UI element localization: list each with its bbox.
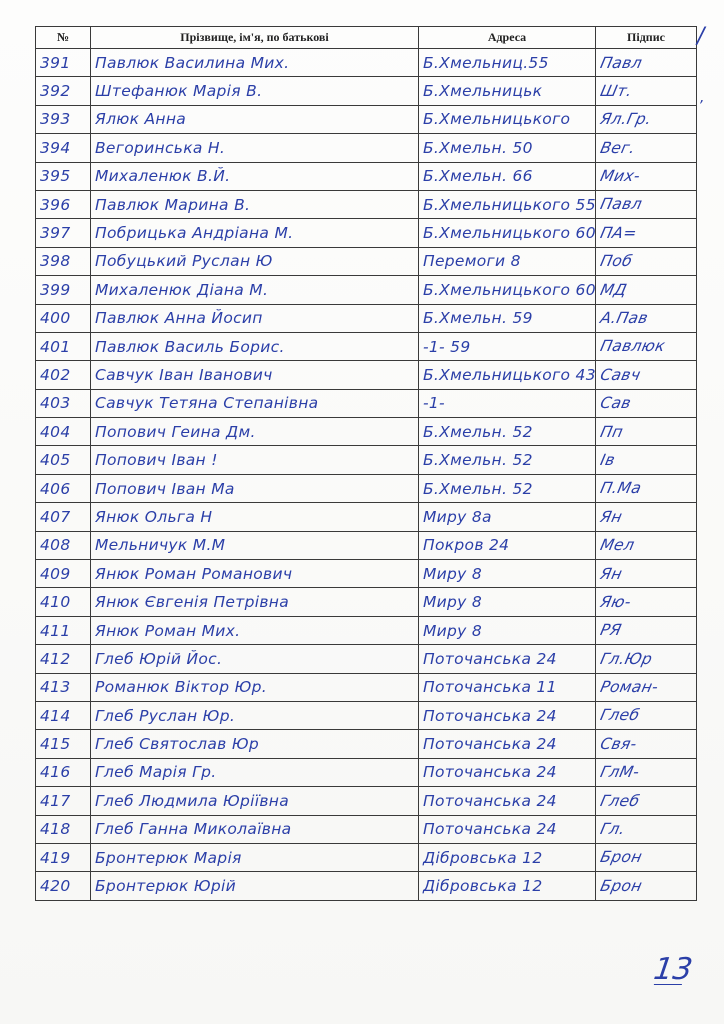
table-row: 409Янюк Роман РомановичМиру 8Ян — [36, 560, 697, 588]
row-number: 405 — [36, 446, 91, 474]
row-full-name: Попович Іван Ма — [91, 474, 419, 502]
row-address: Б.Хмельн. 59 — [419, 304, 596, 332]
row-number: 418 — [36, 815, 91, 843]
table-row: 393Ялюк АннаБ.ХмельницькогоЯл.Гр. — [36, 105, 697, 133]
row-full-name: Ялюк Анна — [91, 105, 419, 133]
row-signature: Вег. — [592, 134, 699, 162]
table-row: 410Янюк Євгенія ПетрівнаМиру 8Яю- — [36, 588, 697, 616]
row-address: Поточанська 24 — [419, 645, 596, 673]
table-row: 391Павлюк Василина Мих.Б.Хмельниц.55Павл — [36, 49, 697, 77]
row-address: Б.Хмельн. 52 — [419, 474, 596, 502]
row-address: Покров 24 — [419, 531, 596, 559]
table-row: 414Глеб Руслан Юр.Поточанська 24Глеб — [36, 701, 697, 729]
row-number: 409 — [36, 560, 91, 588]
row-address: Б.Хмельн. 66 — [419, 162, 596, 190]
row-signature: Мих- — [592, 162, 699, 190]
row-address: Б.Хмельн. 52 — [419, 418, 596, 446]
row-number: 410 — [36, 588, 91, 616]
row-signature: Брон — [592, 872, 699, 900]
row-signature: Пп — [592, 418, 699, 446]
row-signature: РЯ — [592, 616, 699, 644]
row-address: Дібровська 12 — [419, 872, 596, 900]
row-number: 398 — [36, 247, 91, 275]
row-address: Поточанська 24 — [419, 730, 596, 758]
table-row: 416Глеб Марія Гр.Поточанська 24ГлМ- — [36, 758, 697, 786]
row-address: Поточанська 24 — [419, 758, 596, 786]
row-signature: Павл — [592, 49, 699, 77]
row-signature: Ів — [592, 446, 699, 474]
row-number: 396 — [36, 190, 91, 218]
row-full-name: Янюк Євгенія Петрівна — [91, 588, 419, 616]
row-signature: Роман- — [592, 673, 699, 701]
row-signature: Глеб — [592, 701, 699, 729]
page-number: 13 — [651, 952, 694, 987]
row-signature: Гл. — [592, 815, 699, 843]
row-signature: Савч — [592, 361, 699, 389]
row-full-name: Штефанюк Марія В. — [91, 77, 419, 105]
row-signature: Шт. — [592, 77, 699, 105]
table-row: 394Вегоринська Н.Б.Хмельн. 50Вег. — [36, 134, 697, 162]
row-address: Поточанська 24 — [419, 701, 596, 729]
row-number: 391 — [36, 49, 91, 77]
row-address: Дібровська 12 — [419, 843, 596, 871]
row-signature: Поб — [592, 247, 699, 275]
row-number: 415 — [36, 730, 91, 758]
row-address: Б.Хмельн. 50 — [419, 134, 596, 162]
row-address: Б.Хмельницького 60 — [419, 276, 596, 304]
row-full-name: Савчук Тетяна Степанівна — [91, 389, 419, 417]
row-full-name: Янюк Роман Мих. — [91, 616, 419, 644]
table-row: 405Попович Іван !Б.Хмельн. 52Ів — [36, 446, 697, 474]
row-number: 412 — [36, 645, 91, 673]
row-signature: Глеб — [592, 787, 699, 815]
row-signature: ПА= — [592, 219, 699, 247]
row-signature: Брон — [592, 843, 699, 871]
row-number: 420 — [36, 872, 91, 900]
table-row: 404Попович Геина Дм.Б.Хмельн. 52Пп — [36, 418, 697, 446]
row-full-name: Попович Іван ! — [91, 446, 419, 474]
row-full-name: Савчук Іван Іванович — [91, 361, 419, 389]
table-row: 401Павлюк Василь Борис.-1- 59Павлюк — [36, 332, 697, 360]
row-number: 404 — [36, 418, 91, 446]
row-address: Б.Хмельниц.55 — [419, 49, 596, 77]
table-row: 402Савчук Іван ІвановичБ.Хмельницького 4… — [36, 361, 697, 389]
row-number: 392 — [36, 77, 91, 105]
row-address: Миру 8а — [419, 503, 596, 531]
row-number: 401 — [36, 332, 91, 360]
table-row: 415Глеб Святослав ЮрПоточанська 24Свя- — [36, 730, 697, 758]
row-number: 403 — [36, 389, 91, 417]
table-row: 407Янюк Ольга НМиру 8аЯн — [36, 503, 697, 531]
row-signature: Ял.Гр. — [592, 105, 699, 133]
table-row: 400Павлюк Анна ЙосипБ.Хмельн. 59А.Пав — [36, 304, 697, 332]
table-row: 419Бронтерюк МаріяДібровська 12Брон — [36, 843, 697, 871]
row-full-name: Глеб Марія Гр. — [91, 758, 419, 786]
table-row: 395Михаленюк В.Й.Б.Хмельн. 66Мих- — [36, 162, 697, 190]
table-row: 397Побрицька Андріана М.Б.Хмельницького … — [36, 219, 697, 247]
row-signature: Сав — [592, 389, 699, 417]
row-address: Б.Хмельницького 55 — [419, 190, 596, 218]
row-number: 402 — [36, 361, 91, 389]
row-full-name: Янюк Роман Романович — [91, 560, 419, 588]
row-number: 395 — [36, 162, 91, 190]
row-full-name: Глеб Руслан Юр. — [91, 701, 419, 729]
row-signature: ГлМ- — [592, 758, 699, 786]
table-row: 398Побуцький Руслан ЮПеремоги 8Поб — [36, 247, 697, 275]
row-address: Миру 8 — [419, 560, 596, 588]
row-full-name: Глеб Юрій Йос. — [91, 645, 419, 673]
row-address: Б.Хмельницьк — [419, 77, 596, 105]
row-signature: Павл — [592, 190, 699, 218]
row-number: 408 — [36, 531, 91, 559]
row-signature: П.Ма — [592, 474, 699, 502]
row-signature: Павлюк — [592, 332, 699, 360]
row-full-name: Бронтерюк Юрій — [91, 872, 419, 900]
row-signature: Гл.Юр — [592, 645, 699, 673]
row-address: Б.Хмельн. 52 — [419, 446, 596, 474]
row-full-name: Мельничук М.М — [91, 531, 419, 559]
row-number: 419 — [36, 843, 91, 871]
row-address: Миру 8 — [419, 616, 596, 644]
row-number: 394 — [36, 134, 91, 162]
row-signature: Ян — [592, 503, 699, 531]
row-number: 417 — [36, 787, 91, 815]
row-number: 406 — [36, 474, 91, 502]
signature-register-table: № Прізвище, ім'я, по батькові Адреса Під… — [35, 26, 697, 901]
row-address: -1- — [419, 389, 596, 417]
table-row: 408Мельничук М.МПокров 24Мел — [36, 531, 697, 559]
row-signature: Свя- — [592, 730, 699, 758]
row-full-name: Побуцький Руслан Ю — [91, 247, 419, 275]
row-address: Миру 8 — [419, 588, 596, 616]
table-row: 403Савчук Тетяна Степанівна-1-Сав — [36, 389, 697, 417]
table-header-row: № Прізвище, ім'я, по батькові Адреса Під… — [36, 27, 697, 49]
table-row: 411Янюк Роман Мих.Миру 8РЯ — [36, 616, 697, 644]
row-signature: А.Пав — [592, 304, 699, 332]
row-address: Б.Хмельницького 43 — [419, 361, 596, 389]
row-address: -1- 59 — [419, 332, 596, 360]
row-full-name: Михаленюк В.Й. — [91, 162, 419, 190]
table-row: 420Бронтерюк ЮрійДібровська 12Брон — [36, 872, 697, 900]
table-row: 399Михаленюк Діана М.Б.Хмельницького 60М… — [36, 276, 697, 304]
header-address: Адреса — [419, 27, 596, 49]
row-full-name: Попович Геина Дм. — [91, 418, 419, 446]
row-full-name: Глеб Людмила Юріївна — [91, 787, 419, 815]
row-full-name: Павлюк Анна Йосип — [91, 304, 419, 332]
document-page: № Прізвище, ім'я, по батькові Адреса Під… — [0, 0, 724, 1024]
row-number: 416 — [36, 758, 91, 786]
row-address: Поточанська 24 — [419, 787, 596, 815]
row-signature: Яю- — [592, 588, 699, 616]
table-row: 418Глеб Ганна МиколаївнаПоточанська 24Гл… — [36, 815, 697, 843]
row-signature: Ян — [592, 560, 699, 588]
row-number: 393 — [36, 105, 91, 133]
row-address: Б.Хмельницького 60 — [419, 219, 596, 247]
row-full-name: Павлюк Василь Борис. — [91, 332, 419, 360]
row-number: 397 — [36, 219, 91, 247]
row-full-name: Глеб Ганна Миколаївна — [91, 815, 419, 843]
table-row: 417Глеб Людмила ЮріївнаПоточанська 24Гле… — [36, 787, 697, 815]
row-signature: МД — [592, 276, 699, 304]
row-full-name: Павлюк Марина В. — [91, 190, 419, 218]
row-address: Поточанська 24 — [419, 815, 596, 843]
signature-overflow-stroke: , — [700, 90, 704, 106]
table-row: 406Попович Іван МаБ.Хмельн. 52П.Ма — [36, 474, 697, 502]
header-signature: Підпис — [596, 27, 697, 49]
table-row: 392Штефанюк Марія В.Б.ХмельницькШт. — [36, 77, 697, 105]
row-signature: Мел — [592, 531, 699, 559]
row-address: Поточанська 11 — [419, 673, 596, 701]
row-number: 407 — [36, 503, 91, 531]
row-full-name: Побрицька Андріана М. — [91, 219, 419, 247]
table-row: 396Павлюк Марина В.Б.Хмельницького 55Пав… — [36, 190, 697, 218]
header-full-name: Прізвище, ім'я, по батькові — [91, 27, 419, 49]
signature-overflow-stroke: / — [697, 24, 704, 49]
row-number: 411 — [36, 616, 91, 644]
row-address: Б.Хмельницького — [419, 105, 596, 133]
row-full-name: Михаленюк Діана М. — [91, 276, 419, 304]
row-number: 400 — [36, 304, 91, 332]
table-row: 412Глеб Юрій Йос.Поточанська 24Гл.Юр — [36, 645, 697, 673]
row-full-name: Вегоринська Н. — [91, 134, 419, 162]
row-address: Перемоги 8 — [419, 247, 596, 275]
row-number: 413 — [36, 673, 91, 701]
row-full-name: Романюк Віктор Юр. — [91, 673, 419, 701]
row-number: 399 — [36, 276, 91, 304]
table-body: 391Павлюк Василина Мих.Б.Хмельниц.55Павл… — [36, 49, 697, 901]
header-number: № — [36, 27, 91, 49]
row-full-name: Янюк Ольга Н — [91, 503, 419, 531]
row-full-name: Бронтерюк Марія — [91, 843, 419, 871]
row-full-name: Глеб Святослав Юр — [91, 730, 419, 758]
table-row: 413Романюк Віктор Юр.Поточанська 11Роман… — [36, 673, 697, 701]
row-full-name: Павлюк Василина Мих. — [91, 49, 419, 77]
row-number: 414 — [36, 701, 91, 729]
